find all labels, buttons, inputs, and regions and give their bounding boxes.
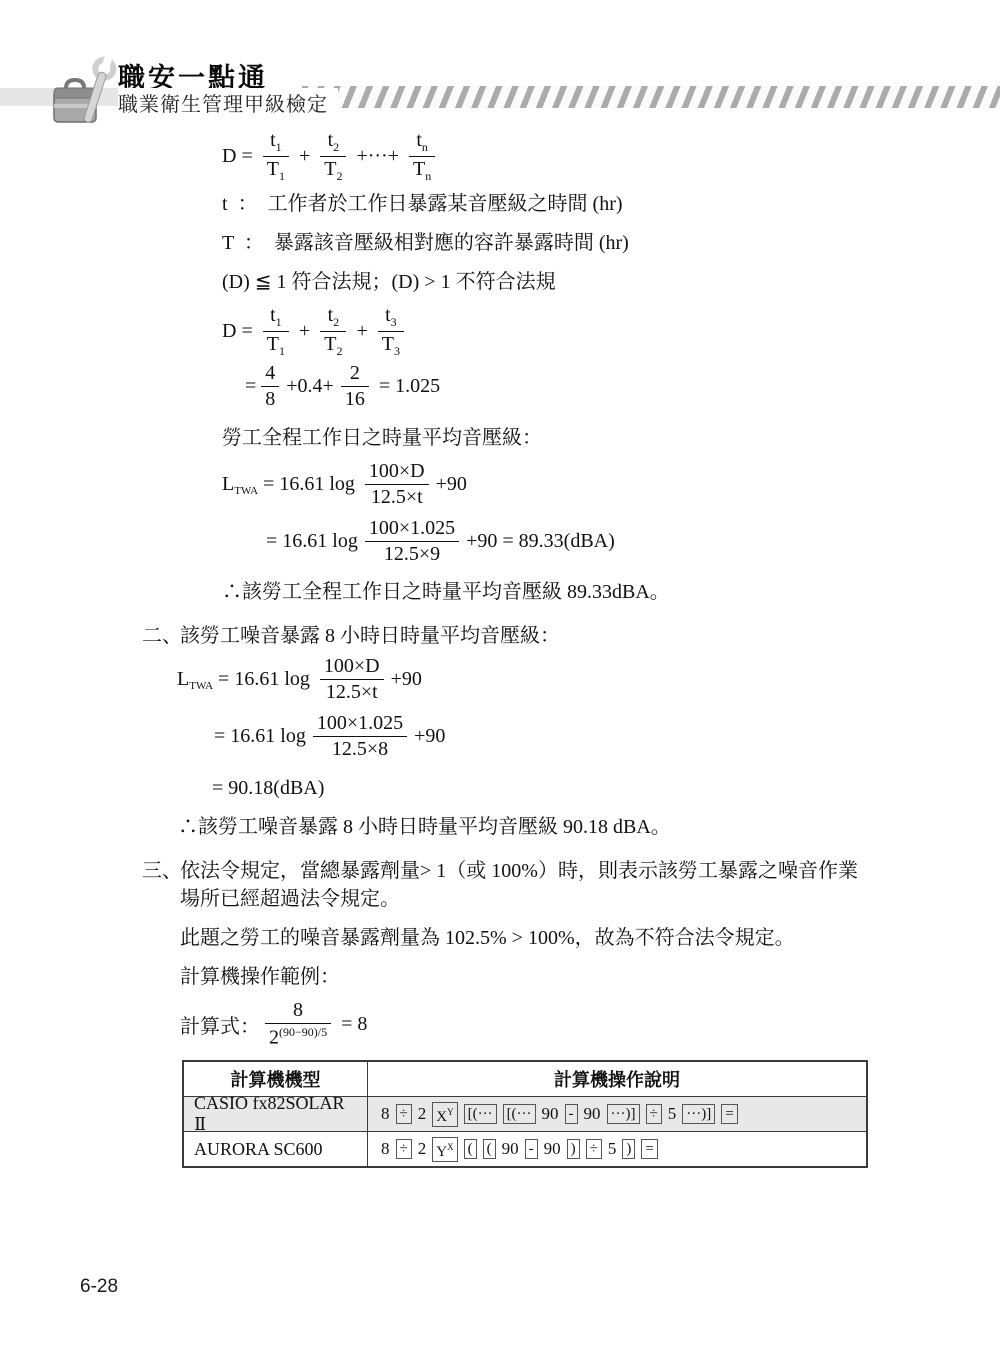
divide-key: ÷ <box>396 1139 412 1159</box>
header-hazard-stripes <box>302 86 1000 108</box>
calculator-table: 計算機機型 計算機操作說明 CASIO fx82SOLAR Ⅱ 8 ÷ 2 XY… <box>182 1060 868 1168</box>
formula-ltwa-step-2: = 16.61 log 100×1.025 12.5×8 +90 <box>212 713 447 760</box>
fraction: 100×D 12.5×t <box>365 461 429 508</box>
den-base: T <box>324 158 336 180</box>
divide-key: ÷ <box>586 1139 602 1159</box>
lhs-subscript: TWA <box>234 485 258 497</box>
calc-expression: 計算式： 8 2(90−90)/5 = 8 <box>180 1000 372 1049</box>
denominator: 2(90−90)/5 <box>265 1024 331 1049</box>
fraction: t3 T3 <box>378 305 404 357</box>
key-text: 2 <box>418 1104 427 1124</box>
colon: ： <box>244 232 264 254</box>
num-sub: 2 <box>333 140 339 154</box>
denominator: 12.5×t <box>320 680 384 703</box>
den-base: T <box>382 333 394 355</box>
minus-key: - <box>525 1139 538 1159</box>
numerator: 4 <box>261 363 279 387</box>
calculator-model: CASIO fx82SOLAR Ⅱ <box>184 1097 368 1131</box>
fraction: tn Tn <box>409 130 435 182</box>
power-base: X <box>436 1109 447 1125</box>
lhs-subscript: TWA <box>189 680 213 692</box>
lhs-base: L <box>222 473 234 495</box>
section-2-heading: 二、 該勞工噪音暴露 8 小時日時量平均音壓級： <box>142 619 560 648</box>
section-title: 該勞工噪音暴露 8 小時日時量平均音壓級： <box>180 619 560 648</box>
num-sub: n <box>422 140 428 154</box>
open-paren-key: [(··· <box>464 1104 497 1124</box>
den-sub: 3 <box>394 344 400 358</box>
key-sequence: 8 ÷ 2 XY [(··· [(··· 90 - 90 ···)] ÷ 5 ·… <box>368 1097 866 1131</box>
fraction: t2 T2 <box>320 305 346 357</box>
formula-dose-general: D = t1 T1 + t2 T2 +···+ tn Tn <box>222 130 440 182</box>
den-base: 2 <box>269 1027 279 1049</box>
lhs: D <box>222 145 236 168</box>
den-sub: n <box>425 169 431 183</box>
power-key: YX <box>432 1137 457 1162</box>
section-text-line2: 場所已經超過法令規定。 <box>180 887 400 911</box>
key-sequence: 8 ÷ 2 YX ( ( 90 - 90 ) ÷ 5 ) = <box>368 1132 866 1166</box>
plus-dots: +···+ <box>356 145 399 168</box>
formula-dose-result: = 4 8 +0.4+ 2 16 = 1.025 <box>245 363 445 410</box>
key-text: 5 <box>608 1139 617 1159</box>
denominator: 16 <box>341 387 369 410</box>
tail: +90 <box>391 668 422 691</box>
result: +90 = 89.33(dBA) <box>466 530 615 553</box>
plus: + <box>299 320 310 343</box>
formula-ltwa-result-1: = 16.61 log 100×1.025 12.5×9 +90 = 89.33… <box>264 518 617 565</box>
fraction: 2 16 <box>341 363 369 410</box>
result: = 1.025 <box>379 375 440 398</box>
plus: + <box>356 320 367 343</box>
den-sub: 2 <box>336 344 342 358</box>
book-subtitle: 職業衛生管理甲級檢定 <box>118 88 338 119</box>
lhs: LTWA <box>222 473 258 497</box>
definition-T: T ： 暴露該音壓級相對應的容許暴露時間 (hr) <box>222 231 629 255</box>
numerator: 8 <box>265 1000 331 1024</box>
fraction: 100×1.025 12.5×8 <box>313 713 407 760</box>
table-header-model: 計算機機型 <box>184 1062 368 1096</box>
equals-key: = <box>721 1104 737 1124</box>
den-sub: 2 <box>336 169 342 183</box>
den-base: T <box>324 333 336 355</box>
symbol: T <box>222 232 234 254</box>
colon: ： <box>238 193 258 215</box>
fraction: 8 2(90−90)/5 <box>265 1000 331 1049</box>
divide-key: ÷ <box>646 1104 662 1124</box>
twa-caption: 勞工全程工作日之時量平均音壓級： <box>222 426 542 450</box>
table-row-aurora: AURORA SC600 8 ÷ 2 YX ( ( 90 - 90 ) ÷ 5 … <box>184 1131 866 1166</box>
formula-ltwa-result-2: = 90.18(dBA) <box>212 776 324 800</box>
lhs-base: L <box>177 668 189 690</box>
den-sub: 1 <box>279 344 285 358</box>
calculator-caption: 計算機操作範例： <box>180 965 340 989</box>
fraction: t1 T1 <box>263 130 289 182</box>
equals: = <box>241 320 252 343</box>
key-text: 90 <box>542 1104 559 1124</box>
close-paren-key: ) <box>622 1139 635 1159</box>
table-row-casio: CASIO fx82SOLAR Ⅱ 8 ÷ 2 XY [(··· [(··· 9… <box>184 1096 866 1131</box>
open-paren-key: ( <box>464 1139 477 1159</box>
result: = 8 <box>341 1013 367 1036</box>
equals: = <box>241 145 252 168</box>
num-sub: 2 <box>333 315 339 329</box>
section-3-heading: 三、 依法令規定，當總暴露劑量> 1（或 100%）時，則表示該勞工暴露之噪音作… <box>142 854 858 883</box>
fraction: 100×D 12.5×t <box>320 656 384 703</box>
open-paren-key: ( <box>483 1139 496 1159</box>
minus-key: - <box>565 1104 578 1124</box>
section-marker: 二、 <box>142 619 180 648</box>
power-key: XY <box>432 1102 457 1127</box>
power-exponent: X <box>447 1142 454 1152</box>
denominator: 12.5×8 <box>313 737 407 760</box>
equals: = <box>245 375 256 398</box>
power-base: Y <box>436 1144 447 1160</box>
denominator: 8 <box>261 387 279 410</box>
close-paren-key: ) <box>567 1139 580 1159</box>
power-exponent: Y <box>447 1107 454 1117</box>
law-criteria-line: (D) ≦ 1 符合法規；(D) > 1 不符合法規 <box>222 270 556 294</box>
formula-ltwa-general-1: LTWA = 16.61 log 100×D 12.5×t +90 <box>222 461 469 508</box>
denominator: 12.5×9 <box>365 542 459 565</box>
definition-text: 暴露該音壓級相對應的容許暴露時間 (hr) <box>274 232 629 254</box>
key-text: 5 <box>668 1104 677 1124</box>
key-text: 90 <box>502 1139 519 1159</box>
fraction: 4 8 <box>261 363 279 410</box>
toolbox-wrench-icon <box>48 52 118 136</box>
close-paren-key: ···)] <box>682 1104 715 1124</box>
page-number: 6-28 <box>80 1276 118 1298</box>
formula-dose-three-terms: D = t1 T1 + t2 T2 + t3 T3 <box>222 305 409 357</box>
open-paren-key: [(··· <box>503 1104 536 1124</box>
textbook-page: 職安一點通 職業衛生管理甲級檢定 D = t1 T1 + t2 T2 +···+… <box>0 0 1000 1357</box>
num-sub: 3 <box>391 315 397 329</box>
dose-note: 此題之勞工的噪音暴露劑量為 102.5% > 100%，故為不符合法令規定。 <box>180 926 795 950</box>
den-base: T <box>413 158 425 180</box>
coefficient: = 16.61 log <box>214 725 306 748</box>
calc-label: 計算式： <box>180 1010 260 1039</box>
num-sub: 1 <box>276 315 282 329</box>
coefficient: = 16.61 log <box>218 668 310 691</box>
conclusion-2: ∴該勞工噪音暴露 8 小時日時量平均音壓級 90.18 dBA。 <box>178 815 671 839</box>
definition-text: 工作者於工作日暴露某音壓級之時間 (hr) <box>268 193 623 215</box>
den-sub: 1 <box>279 169 285 183</box>
denominator: 12.5×t <box>365 485 429 508</box>
symbol: t <box>222 193 228 215</box>
key-text: 2 <box>418 1139 427 1159</box>
coefficient: = 16.61 log <box>266 530 358 553</box>
numerator: 2 <box>341 363 369 387</box>
section-text-line1: 依法令規定，當總暴露劑量> 1（或 100%）時，則表示該勞工暴露之噪音作業 <box>180 854 858 883</box>
num-sub: 1 <box>276 140 282 154</box>
section-marker: 三、 <box>142 854 180 883</box>
numerator: 100×1.025 <box>313 713 407 737</box>
middle-term: +0.4+ <box>286 375 334 398</box>
numerator: 100×D <box>320 656 384 680</box>
numerator: 100×1.025 <box>365 518 459 542</box>
formula-ltwa-general-2: LTWA = 16.61 log 100×D 12.5×t +90 <box>177 656 424 703</box>
table-header-operations: 計算機操作說明 <box>368 1062 866 1096</box>
divide-key: ÷ <box>396 1104 412 1124</box>
conclusion-1: ∴該勞工全程工作日之時量平均音壓級 89.33dBA。 <box>222 580 670 604</box>
definition-t: t ： 工作者於工作日暴露某音壓級之時間 (hr) <box>222 192 623 216</box>
calculator-model: AURORA SC600 <box>184 1132 368 1166</box>
lhs: D <box>222 320 236 343</box>
tail: +90 <box>414 725 445 748</box>
fraction: t1 T1 <box>263 305 289 357</box>
den-exponent: (90−90)/5 <box>279 1025 327 1039</box>
plus: + <box>299 145 310 168</box>
close-paren-key: ···)] <box>607 1104 640 1124</box>
lhs: LTWA <box>177 668 213 692</box>
key-text: 8 <box>381 1104 390 1124</box>
den-base: T <box>267 158 279 180</box>
equals-key: = <box>641 1139 657 1159</box>
key-text: 90 <box>544 1139 561 1159</box>
tail: +90 <box>436 473 467 496</box>
fraction: 100×1.025 12.5×9 <box>365 518 459 565</box>
table-header-row: 計算機機型 計算機操作說明 <box>184 1062 866 1096</box>
key-text: 90 <box>584 1104 601 1124</box>
numerator: 100×D <box>365 461 429 485</box>
key-text: 8 <box>381 1139 390 1159</box>
fraction: t2 T2 <box>320 130 346 182</box>
den-base: T <box>267 333 279 355</box>
coefficient: = 16.61 log <box>263 473 355 496</box>
